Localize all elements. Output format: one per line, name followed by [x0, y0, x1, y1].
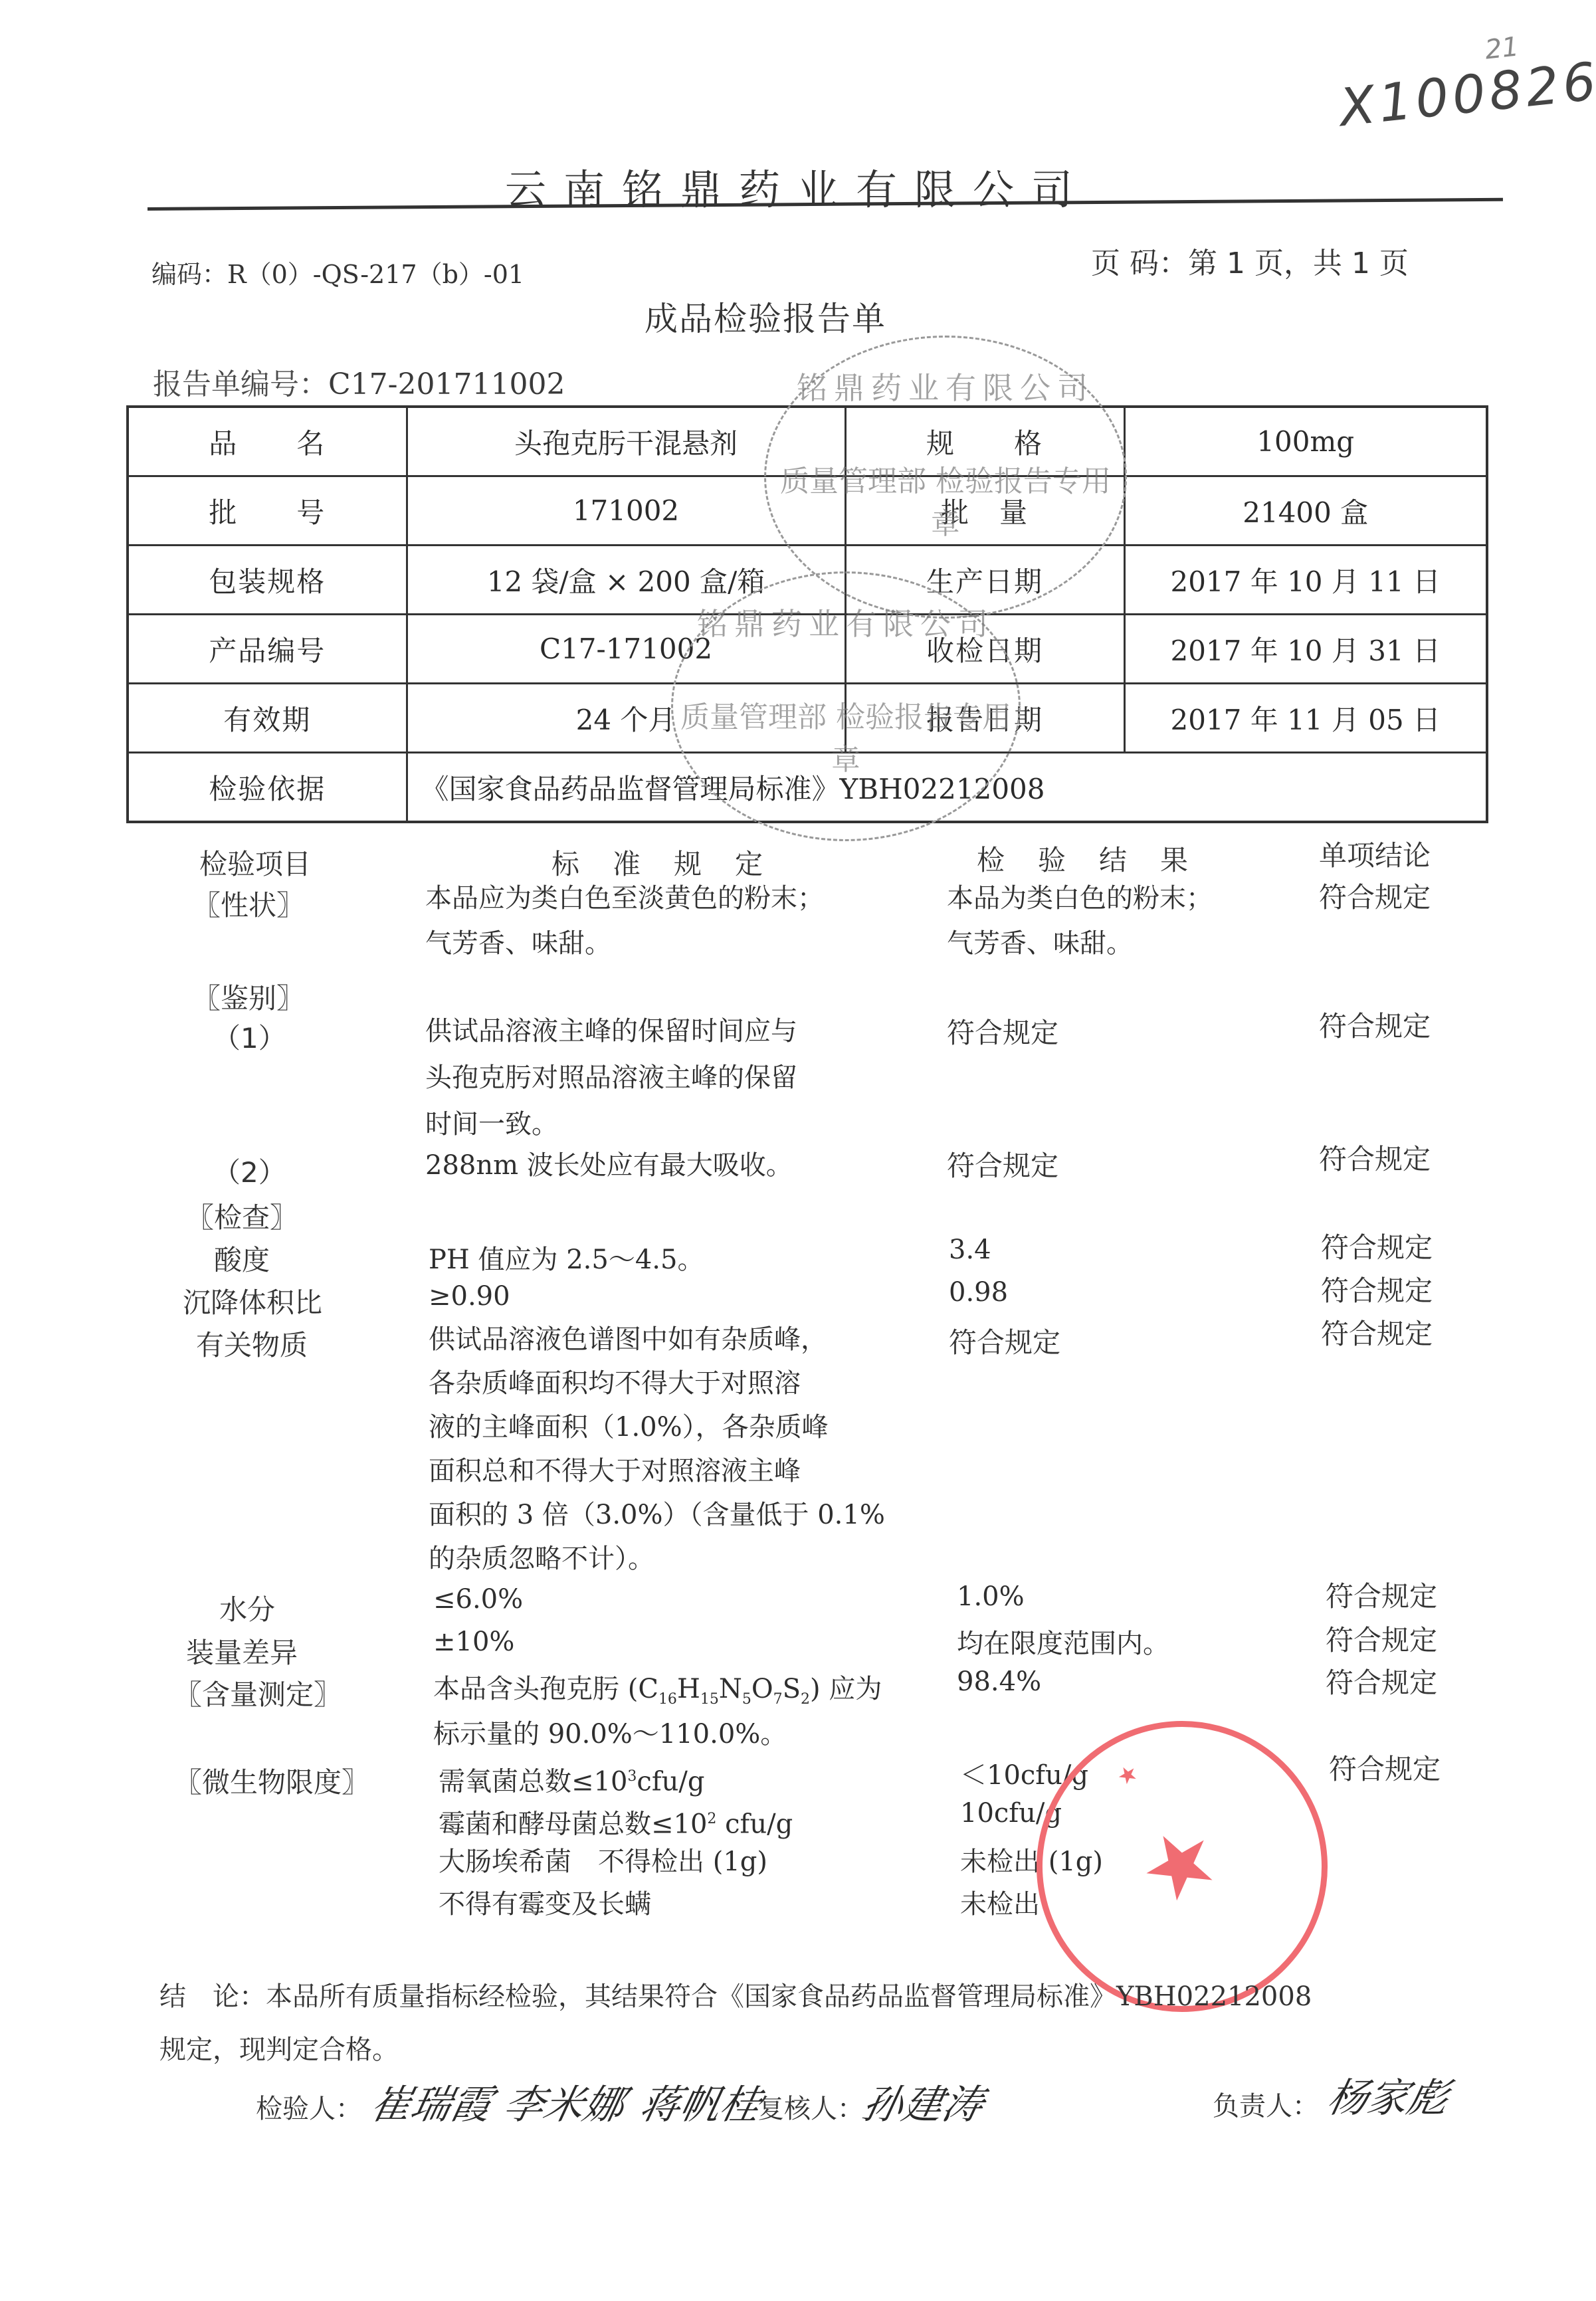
header-result: 检 验 结 果	[977, 839, 1191, 878]
acidity-result: 3.4	[949, 1235, 991, 1265]
mold-standard: 霉菌和酵母菌总数≤102 cfu/g	[439, 1798, 793, 1845]
assay-result: 98.4%	[957, 1666, 1041, 1697]
moisture-label: 水分	[219, 1588, 275, 1628]
category-appearance: 〖性状〗	[193, 884, 304, 924]
reviewer-signature: 孙建涛	[858, 2073, 989, 2130]
appearance-result-1: 本品为类白色的粉末；	[947, 877, 1213, 920]
header-conclusion: 单项结论	[1319, 834, 1431, 874]
star-icon: ★	[1124, 1807, 1235, 1921]
conclusion-line-2: 规定，现判定合格。	[159, 2023, 399, 2076]
qa-stamp-text: 质量管理部 检验报告专用章	[673, 693, 1019, 778]
fill-variation-result: 均在限度范围内。	[957, 1623, 1169, 1660]
assay-conclusion: 符合规定	[1326, 1661, 1437, 1701]
category-identification: 〖鉴别〗	[193, 977, 304, 1017]
related-result: 符合规定	[949, 1321, 1060, 1361]
aerobic-standard: 需氧菌总数≤103cfu/g	[439, 1755, 704, 1803]
related-substances-label: 有关物质	[196, 1324, 308, 1363]
related-standard-3: 液的主峰面积（1.0%），各杂质峰	[429, 1406, 829, 1449]
category-assay: 〖含量测定〗	[174, 1673, 342, 1713]
mites-result: 未检出	[960, 1883, 1040, 1926]
document-title: 成品检验报告单	[645, 292, 886, 340]
qa-stamp-ring-text: 铭鼎药业有限公司	[766, 364, 1125, 408]
related-standard-6: 的杂质忽略不计）。	[429, 1538, 654, 1580]
acidity-standard: PH 值应为 2.5～4.5。	[429, 1239, 704, 1276]
batch-no-label: 批 号	[128, 476, 407, 546]
receipt-date-value: 2017 年 10 月 31 日	[1124, 615, 1487, 684]
related-conclusion: 符合规定	[1321, 1312, 1433, 1352]
batch-qty-value: 21400 盒	[1124, 476, 1487, 546]
identification-2-conclusion: 符合规定	[1319, 1138, 1431, 1177]
report-number-label: 报告单编号：	[153, 367, 328, 401]
category-microbial: 〖微生物限度〗	[174, 1761, 369, 1801]
identification-1-result: 符合规定	[947, 1011, 1058, 1051]
inspector-signature-3: 蒋帆桂	[635, 2073, 767, 2130]
spec-value: 100mg	[1124, 407, 1487, 476]
manager-label: 负责人：	[1213, 2085, 1319, 2123]
sedimentation-result: 0.98	[949, 1277, 1008, 1308]
related-standard-2: 各杂质峰面积均不得大于对照溶	[429, 1362, 801, 1405]
related-standard-4: 面积总和不得大于对照溶液主峰	[429, 1450, 801, 1492]
acidity-label: 酸度	[214, 1239, 270, 1278]
product-code-label: 产品编号	[128, 615, 407, 684]
related-standard-5: 面积的 3 倍（3.0%）（含量低于 0.1%	[429, 1494, 885, 1536]
inspector-label: 检验人：	[256, 2088, 362, 2126]
inspector-signature-2: 李米娜	[499, 2073, 631, 2130]
moisture-result: 1.0%	[957, 1581, 1025, 1612]
appearance-standard-2: 气芳香、味甜。	[425, 922, 611, 965]
assay-standard-2: 标示量的 90.0%～110.0%。	[433, 1713, 787, 1755]
appearance-result-2: 气芳香、味甜。	[947, 922, 1133, 965]
qa-stamp-bottom: 铭鼎药业有限公司 质量管理部 检验报告专用章	[671, 571, 1021, 841]
moisture-standard: ≤6.0%	[433, 1584, 523, 1615]
identification-1-conclusion: 符合规定	[1319, 1005, 1431, 1045]
validity-label: 有效期	[128, 684, 407, 753]
identification-1-standard-1: 供试品溶液主峰的保留时间应与	[425, 1010, 797, 1052]
mites-standard: 不得有霉变及长螨	[439, 1883, 651, 1926]
fill-variation-conclusion: 符合规定	[1326, 1619, 1437, 1658]
moisture-conclusion: 符合规定	[1326, 1575, 1437, 1615]
conclusion-line-1: 结 论：本品所有质量指标经检验，其结果符合《国家食品药品监督管理局标准》YBH0…	[159, 1970, 1312, 2023]
microbial-conclusion: 符合规定	[1329, 1748, 1441, 1787]
fill-variation-standard: ±10%	[433, 1627, 514, 1657]
appearance-conclusion: 符合规定	[1319, 876, 1431, 916]
basis-label: 检验依据	[128, 753, 407, 823]
packaging-label: 包装规格	[128, 546, 407, 615]
report-number-value: C17-201711002	[328, 367, 565, 401]
qa-stamp-ring-text: 铭鼎药业有限公司	[673, 600, 1019, 644]
report-date-value: 2017 年 11 月 05 日	[1124, 684, 1487, 753]
ecoli-standard: 大肠埃希菌 不得检出 (1g)	[439, 1841, 767, 1883]
identification-item-2-label: （2）	[213, 1151, 286, 1191]
product-name-label: 品 名	[128, 407, 407, 476]
fill-variation-label: 装量差异	[186, 1631, 298, 1671]
production-date-value: 2017 年 10 月 11 日	[1124, 546, 1487, 615]
form-code: 编码：R（0）-QS-217（b）-01	[151, 254, 524, 290]
header-standard: 标 准 规 定	[551, 843, 765, 882]
manager-signature: 杨家彪	[1323, 2066, 1454, 2124]
identification-1-standard-3: 时间一致。	[425, 1103, 558, 1146]
identification-item-1-label: （1）	[213, 1017, 286, 1056]
report-number: 报告单编号：C17-201711002	[153, 360, 565, 403]
related-standard-1: 供试品溶液色谱图中如有杂质峰，	[429, 1318, 827, 1361]
category-inspection: 〖检查〗	[186, 1196, 298, 1236]
identification-1-standard-2: 头孢克肟对照品溶液主峰的保留	[425, 1056, 797, 1099]
appearance-standard-1: 本品应为类白色至淡黄色的粉末；	[425, 877, 824, 920]
inspector-signature-1: 崔瑞霞	[366, 2073, 498, 2130]
sedimentation-conclusion: 符合规定	[1321, 1269, 1433, 1309]
sedimentation-standard: ≥0.90	[429, 1281, 510, 1312]
handwritten-reference: X1008268	[1337, 48, 1596, 138]
identification-2-result: 符合规定	[947, 1144, 1058, 1184]
acidity-conclusion: 符合规定	[1321, 1226, 1433, 1266]
header-item: 检验项目	[199, 843, 311, 882]
reviewer-label: 复核人：	[757, 2088, 864, 2126]
sedimentation-label: 沉降体积比	[183, 1281, 322, 1321]
qa-stamp-text: 质量管理部 检验报告专用章	[766, 457, 1125, 542]
page-info: 页 码：第 1 页，共 1 页	[1091, 239, 1409, 282]
identification-2-standard: 288nm 波长处应有最大吸收。	[425, 1144, 793, 1187]
